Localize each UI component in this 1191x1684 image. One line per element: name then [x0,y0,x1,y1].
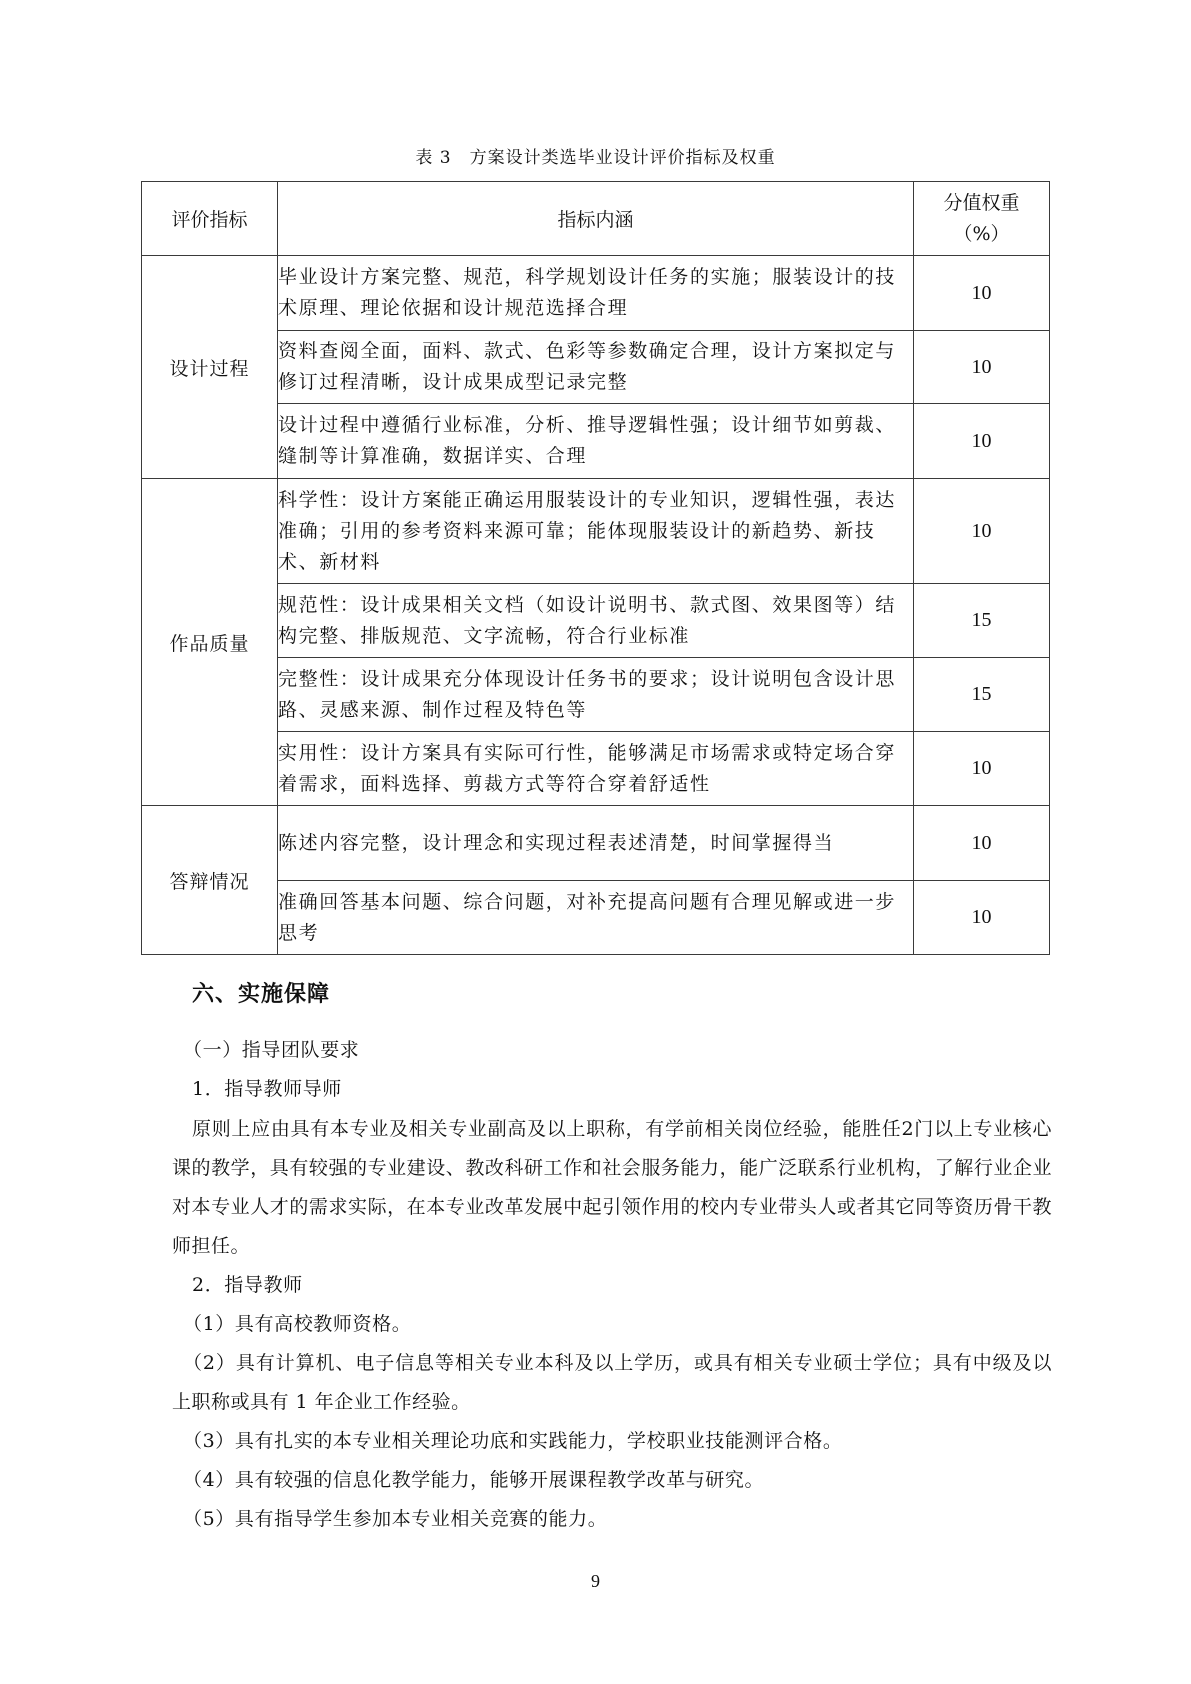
content-cell: 准确回答基本问题、综合问题，对补充提高问题有合理见解或进一步思考 [278,881,914,955]
requirement-item: （3）具有扎实的本专业相关理论功底和实践能力，学校职业技能测评合格。 [183,1422,1069,1460]
content-cell: 规范性：设计成果相关文档（如设计说明书、款式图、效果图等）结构完整、排版规范、文… [278,584,914,658]
item1-body: 原则上应由具有本专业及相关专业副高及以上职称，有学前相关岗位经验，能胜任2门以上… [172,1110,1052,1266]
table-row: 作品质量 科学性：设计方案能正确运用服装设计的专业知识，逻辑性强，表达准确；引用… [142,479,1050,584]
header-weight-label: 分值权重 [914,188,1049,219]
content-cell: 完整性：设计成果充分体现设计任务书的要求；设计说明包含设计思路、灵感来源、制作过… [278,658,914,732]
item1-title: 1．指导教师导师 [192,1070,1078,1108]
table-row: 设计过程中遵循行业标准，分析、推导逻辑性强；设计细节如剪裁、缝制等计算准确，数据… [142,404,1050,479]
header-indicator: 评价指标 [142,182,278,256]
weight-cell: 10 [914,404,1050,479]
table-caption: 表 3 方案设计类选毕业设计评价指标及权重 [0,143,1191,168]
header-weight-unit: （%） [914,219,1049,250]
table-row: 设计过程 毕业设计方案完整、规范，科学规划设计任务的实施；服装设计的技术原理、理… [142,256,1050,331]
content-cell: 陈述内容完整，设计理念和实现过程表述清楚，时间掌握得当 [278,806,914,881]
content-cell: 资料查阅全面，面料、款式、色彩等参数确定合理，设计方案拟定与修订过程清晰，设计成… [278,331,914,404]
content-cell: 实用性：设计方案具有实际可行性，能够满足市场需求或特定场合穿着需求，面料选择、剪… [278,732,914,806]
content-cell: 设计过程中遵循行业标准，分析、推导逻辑性强；设计细节如剪裁、缝制等计算准确，数据… [278,404,914,479]
content-cell: 毕业设计方案完整、规范，科学规划设计任务的实施；服装设计的技术原理、理论依据和设… [278,256,914,331]
section-heading: 六、实施保障 [192,977,330,1008]
evaluation-table: 评价指标 指标内涵 分值权重 （%） 设计过程 毕业设计方案完整、规范，科学规划… [141,181,1050,955]
weight-cell: 10 [914,732,1050,806]
table-row: 答辩情况 陈述内容完整，设计理念和实现过程表述清楚，时间掌握得当 10 [142,806,1050,881]
table-row: 完整性：设计成果充分体现设计任务书的要求；设计说明包含设计思路、灵感来源、制作过… [142,658,1050,732]
page-number: 9 [0,1571,1191,1592]
requirement-item: （4）具有较强的信息化教学能力，能够开展课程教学改革与研究。 [183,1461,1069,1499]
weight-cell: 10 [914,806,1050,881]
requirement-item: （5）具有指导学生参加本专业相关竞赛的能力。 [183,1500,1069,1538]
content-cell: 科学性：设计方案能正确运用服装设计的专业知识，逻辑性强，表达准确；引用的参考资料… [278,479,914,584]
weight-cell: 15 [914,658,1050,732]
category-cell: 设计过程 [142,256,278,479]
table-row: 准确回答基本问题、综合问题，对补充提高问题有合理见解或进一步思考 10 [142,881,1050,955]
requirement-item: （2）具有计算机、电子信息等相关专业本科及以上学历，或具有相关专业硕士学位；具有… [172,1344,1052,1422]
subheading: （一）指导团队要求 [183,1031,1069,1069]
table-row: 资料查阅全面，面料、款式、色彩等参数确定合理，设计方案拟定与修订过程清晰，设计成… [142,331,1050,404]
category-cell: 答辩情况 [142,806,278,955]
requirement-item-multiline: （2）具有计算机、电子信息等相关专业本科及以上学历，或具有相关专业硕士学位；具有… [172,1344,1052,1422]
table-row: 规范性：设计成果相关文档（如设计说明书、款式图、效果图等）结构完整、排版规范、文… [142,584,1050,658]
weight-cell: 10 [914,881,1050,955]
table-header-row: 评价指标 指标内涵 分值权重 （%） [142,182,1050,256]
item2-title: 2．指导教师 [192,1266,1078,1304]
category-cell: 作品质量 [142,479,278,806]
item1-body-text: 原则上应由具有本专业及相关专业副高及以上职称，有学前相关岗位经验，能胜任2门以上… [172,1110,1052,1266]
header-weight: 分值权重 （%） [914,182,1050,256]
requirement-item: （1）具有高校教师资格。 [183,1305,1069,1343]
weight-cell: 10 [914,256,1050,331]
weight-cell: 15 [914,584,1050,658]
header-content: 指标内涵 [278,182,914,256]
weight-cell: 10 [914,331,1050,404]
weight-cell: 10 [914,479,1050,584]
table-row: 实用性：设计方案具有实际可行性，能够满足市场需求或特定场合穿着需求，面料选择、剪… [142,732,1050,806]
